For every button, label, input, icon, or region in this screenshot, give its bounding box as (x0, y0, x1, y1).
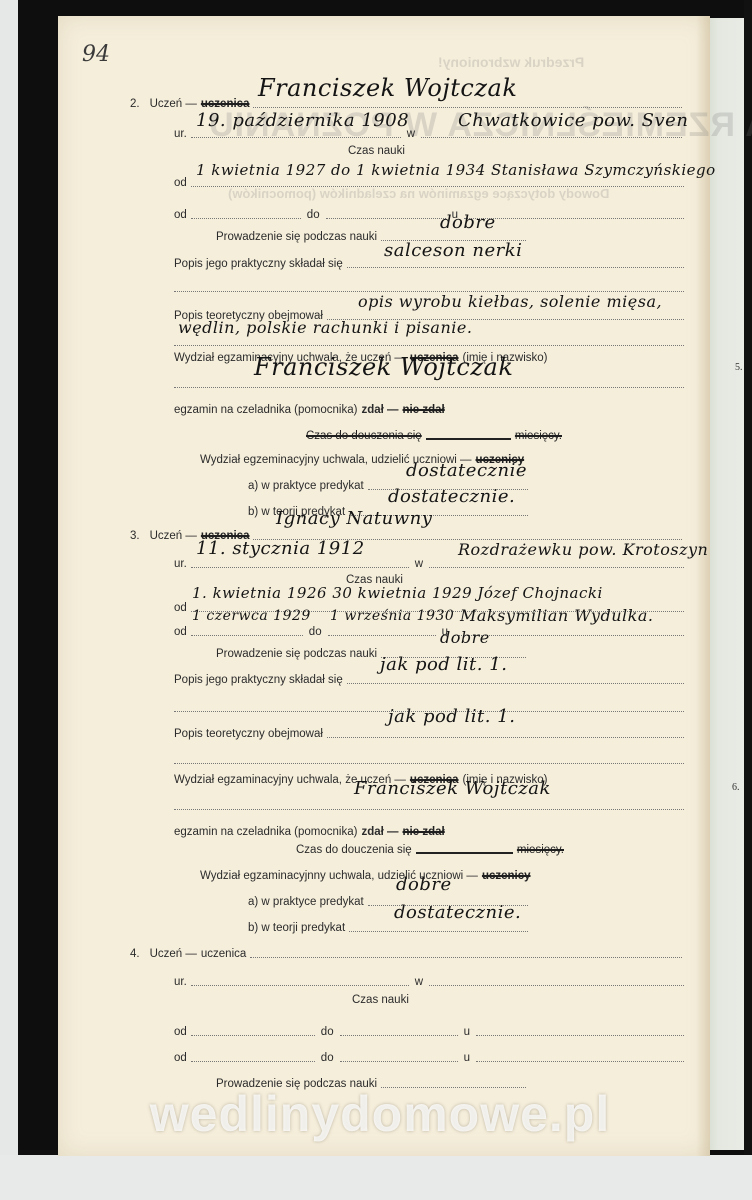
entry-4-czas-nauki-label: Czas nauki (352, 994, 409, 1006)
entry-2-grade-theory: dostatecznie. (388, 486, 515, 507)
scan-background-left (0, 0, 18, 1200)
entry-2-verdict-name: Franciszek Wojtczak (254, 353, 513, 381)
entry-3-grade-theory: dostatecznie. (394, 902, 521, 923)
entry-3-born-place: Rozdrażewku pow. Krotoszyn (458, 540, 708, 559)
entry-2-conduct: dobre (440, 212, 496, 233)
entry-2-born-date: 19. października 1908 (196, 110, 409, 131)
scan-background-bottom (0, 1155, 752, 1200)
entry-3-period-2-od: 1 czerwca 1929 (192, 608, 311, 624)
entry-3-conduct: dobre (440, 628, 490, 647)
entry-3-exam-result: egzamin na czeladnika (pomocnika) zdał —… (174, 824, 684, 838)
entry-2-period-2-row: od do u (174, 207, 684, 221)
margin-number-6: 6. (732, 782, 740, 793)
entry-2-practical: salceson nerki (384, 240, 522, 261)
entry-3-grade-practice: dobre (396, 874, 452, 895)
entry-2-grade-practice: dostatecznie (406, 460, 527, 481)
entry-4-born-place-field[interactable] (429, 984, 684, 986)
entry-3-period-2-do: 1 września 1930 (330, 608, 454, 624)
entry-2-czas-nauki-label: Czas nauki (348, 145, 405, 157)
pencil-page-number: 94 (82, 42, 110, 67)
entry-2-grant-label: Wydział egzeminacyjny uchwala, udzielić … (200, 452, 600, 466)
bleed-through-text: Przedruk wzbroniony! (438, 54, 584, 70)
entry-2-name: Franciszek Wojtczak (258, 74, 517, 102)
scan-background-right (744, 0, 752, 1160)
entry-3-theoretical-row: Popis teoretyczny obejmował (174, 726, 684, 740)
entry-4-name-field[interactable] (250, 956, 682, 958)
entry-2-douczenie-row: Czas do douczenia się miesięcy. (306, 428, 566, 442)
entry-2-theoretical-1: opis wyrobu kiełbas, solenie mięsa, (358, 292, 662, 311)
entry-3-period-2-u: Maksymilian Wydulka. (460, 606, 653, 625)
entry-3-born-date: 11. stycznia 1912 (196, 538, 365, 559)
entry-4-period-1-row: od do u (174, 1024, 684, 1038)
entry-2-theoretical-2: wędlin, polskie rachunki i pisanie. (178, 318, 472, 337)
entry-4-name-row: 4. Uczeń — uczenica (130, 946, 682, 960)
entry-3-theoretical-1: jak pod lit. 1. (388, 706, 515, 727)
entry-3-verdict-name: Franciszek Wojtczak (354, 778, 551, 799)
entry-2-exam-result: egzamin na czeladnika (pomocnika) zdał —… (174, 402, 684, 416)
watermark: wedlinydomowe.pl (60, 1085, 700, 1143)
entry-2-period-1: 1 kwietnia 1927 do 1 kwietnia 1934 Stani… (196, 161, 716, 179)
entry-3-practical: jak pod lit. 1. (380, 654, 507, 675)
margin-number-5: 5. (735, 362, 743, 373)
entry-3-period-2-row: od do u (174, 624, 684, 638)
entry-4-period-2-row: od do u (174, 1050, 684, 1064)
entry-3-name: Ignacy Natuwny (276, 508, 432, 529)
entry-3-period-1: 1. kwietnia 1926 30 kwietnia 1929 Józef … (192, 584, 603, 602)
entry-3-douczenie-row: Czas do douczenia się miesięcy. (296, 842, 568, 856)
entry-4-born-row: ur. w (174, 974, 684, 988)
entry-4-born-date-field[interactable] (191, 984, 409, 986)
adjacent-page-edge (706, 18, 746, 1150)
entry-2-born-place: Chwatkowice pow. Sven (458, 110, 688, 131)
document-page: Przedruk wzbroniony! IZBA RZEMIEŚLNICZA … (58, 16, 710, 1156)
